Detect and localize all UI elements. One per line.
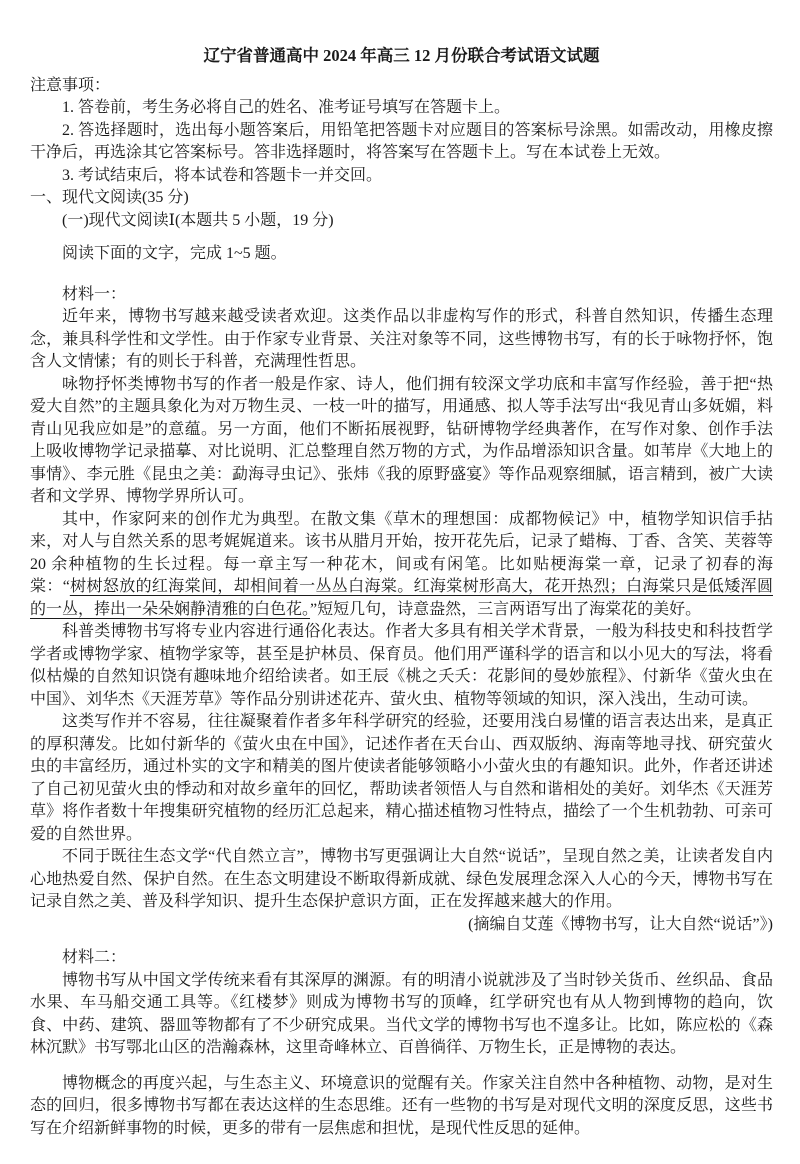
notice-item-1: 1. 答卷前，考生务必将自己的姓名、准考证号填写在答题卡上。 [30,97,773,120]
section-one-subheading: (一)现代文阅读Ⅰ(本题共 5 小题，19 分) [30,210,773,233]
material-one-paragraph-6: 不同于既往生态文学“代自然立言”，博物书写更强调让大自然“说话”，呈现自然之美，… [30,846,773,914]
notice-item-3: 3. 考试结束后，将本试卷和答题卡一并交回。 [30,165,773,188]
material-two-label: 材料二： [30,947,773,970]
material-one-label: 材料一： [30,284,773,307]
reading-instruction: 阅读下面的文字，完成 1~5 题。 [30,243,773,266]
exam-paper-page: 辽宁省普通高中 2024 年高三 12 月份联合考试语文试题 注意事项： 1. … [0,0,800,1164]
notice-heading: 注意事项： [30,75,773,98]
material-two-paragraph-1: 博物书写从中国文学传统来看有其深厚的渊源。有的明清小说就涉及了当时钞关货币、丝织… [30,970,773,1060]
material-one-paragraph-1: 近年来，博物书写越来越受读者欢迎。这类作品以非虚构写作的形式，科普自然知识，传播… [30,306,773,374]
exam-title: 辽宁省普通高中 2024 年高三 12 月份联合考试语文试题 [30,45,773,68]
material-two-paragraph-2: 博物概念的再度兴起，与生态主义、环境意识的觉醒有关。作家关注自然中各种植物、动物… [30,1073,773,1141]
quote-follow-text: ”短短几句，诗意盎然，三言两语写出了海棠花的美好。 [310,601,701,618]
material-one-paragraph-5: 这类写作并不容易，往往凝聚着作者多年科学研究的经验，还要用浅白易懂的语言表达出来… [30,711,773,846]
material-one-paragraph-4: 科普类博物书写将专业内容进行通俗化表达。作者大多具有相关学术背景，一般为科技史和… [30,621,773,711]
material-one-attribution: (摘编自艾莲《博物书写，让大自然“说话”》) [30,914,773,937]
material-one-paragraph-3: 其中，作家阿来的创作尤为典型。在散文集《草木的理想国：成都物候记》中，植物学知识… [30,509,773,622]
material-one-paragraph-2: 咏物抒怀类博物书写的作者一般是作家、诗人，他们拥有较深文学功底和丰富写作经验，善… [30,374,773,509]
notice-item-2: 2. 答选择题时，选出每小题答案后，用铅笔把答题卡对应题目的答案标号涂黑。如需改… [30,120,773,165]
section-one-heading: 一、现代文阅读(35 分) [30,187,773,210]
